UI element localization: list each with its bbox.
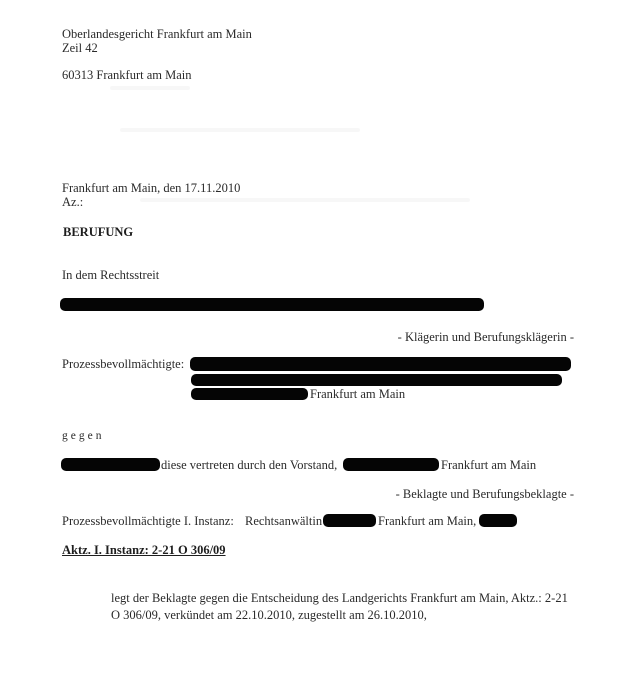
redacted-defendant-name <box>61 458 160 471</box>
defendant-counsel-city: Frankfurt am Main, <box>378 514 476 528</box>
plaintiff-role: - Klägerin und Berufungsklägerin - <box>398 330 574 344</box>
redacted-plaintiff-name <box>60 298 484 311</box>
redacted-counsel-line-3 <box>191 388 308 400</box>
versus-text: gegen <box>62 429 104 443</box>
case-reference: Aktz. I. Instanz: 2-21 O 306/09 <box>62 543 226 557</box>
scan-artifact <box>120 128 360 132</box>
plaintiff-counsel-city: Frankfurt am Main <box>310 387 405 401</box>
redacted-counsel-name <box>323 514 376 527</box>
defendant-role: - Beklagte und Berufungsbeklagte - <box>396 487 574 501</box>
redacted-counsel-line-2 <box>191 374 562 386</box>
scan-artifact <box>110 86 190 90</box>
recipient-street: Zeil 42 <box>62 41 98 55</box>
defendant-represented-by: diese vertreten durch den Vorstand, <box>161 458 337 472</box>
redacted-counsel-line-1 <box>190 357 571 371</box>
plaintiff-counsel-label: Prozessbevollmächtigte: <box>62 357 184 371</box>
body-line-2: O 306/09, verkündet am 22.10.2010, zuges… <box>111 608 427 622</box>
recipient-court: Oberlandesgericht Frankfurt am Main <box>62 27 252 41</box>
redacted-counsel-detail <box>479 514 517 527</box>
redacted-board-member <box>343 458 439 471</box>
az-label: Az.: <box>62 195 83 209</box>
defendant-city: Frankfurt am Main <box>441 458 536 472</box>
scan-artifact <box>140 198 470 202</box>
document-title: BERUFUNG <box>63 225 133 239</box>
body-line-1: legt der Beklagte gegen die Entscheidung… <box>111 591 568 605</box>
intro-text: In dem Rechtsstreit <box>62 268 159 282</box>
recipient-city: 60313 Frankfurt am Main <box>62 68 192 82</box>
date-line: Frankfurt am Main, den 17.11.2010 <box>62 181 240 195</box>
defendant-counsel-title: Rechtsanwältin <box>245 514 322 528</box>
defendant-counsel-label: Prozessbevollmächtigte I. Instanz: <box>62 514 234 528</box>
